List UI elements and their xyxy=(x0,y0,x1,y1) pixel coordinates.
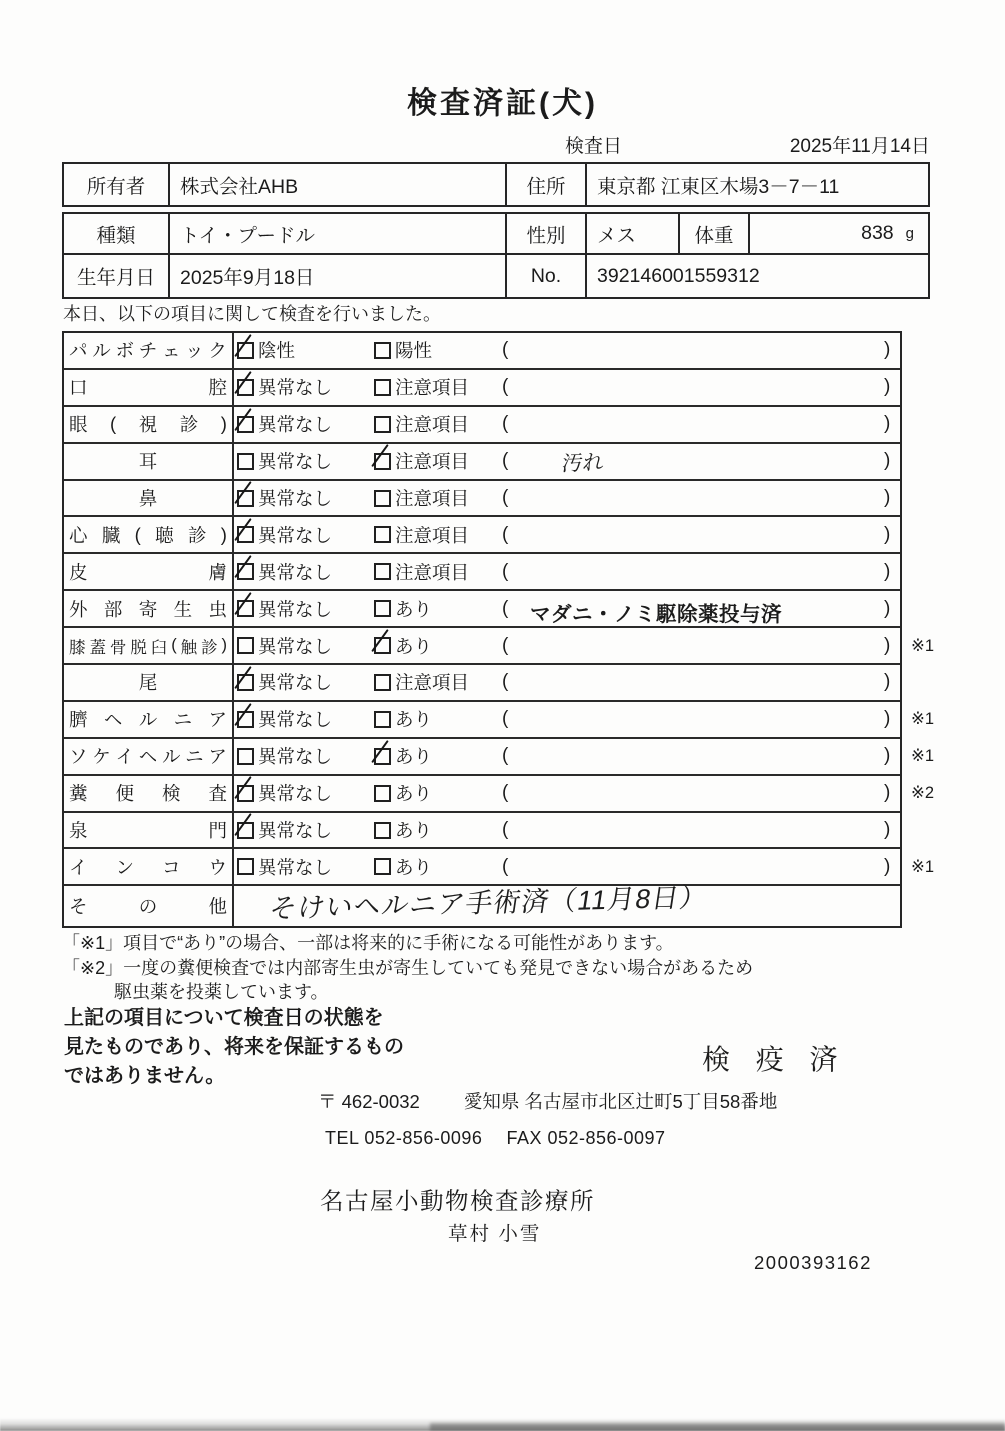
option-1: 異常なし xyxy=(237,444,332,479)
exam-row: 臍ヘルニア 異常なし あり ( ) ※1 xyxy=(64,702,900,739)
option-1-label: 異常なし xyxy=(258,817,332,843)
exam-row-label: 臍ヘルニア xyxy=(64,702,234,737)
exam-row: 泉門 異常なし あり ( ) xyxy=(64,813,900,850)
option-2: 注意項目 xyxy=(374,444,469,479)
footnote-mark: ※1 xyxy=(911,709,934,729)
disclaimer-line-2: 見たものであり、将来を保証するもの xyxy=(64,1033,404,1062)
option-2-label: 注意項目 xyxy=(395,669,469,695)
checkbox-icon xyxy=(374,785,391,802)
paren-open: ( xyxy=(502,782,508,804)
option-1: 異常なし xyxy=(237,554,332,589)
checkbox-icon xyxy=(374,600,391,617)
exam-row-label: 心臓(聴診) xyxy=(64,517,234,552)
exam-row-content: 異常なし あり ( ) xyxy=(234,702,900,737)
paren-close: ) xyxy=(884,635,890,657)
option-2-label: 注意項目 xyxy=(395,374,469,400)
option-2: あり xyxy=(374,776,432,811)
option-2-label: あり xyxy=(395,817,432,843)
option-2-label: 注意項目 xyxy=(395,448,469,474)
clinic-phone-line: TEL 052-856-0096 FAX 052-856-0097 xyxy=(325,1128,666,1149)
paren-open: ( xyxy=(502,745,508,767)
exam-row-label: その他 xyxy=(64,886,234,926)
paren-close: ) xyxy=(884,524,890,546)
owner-table: 所有者 株式会社AHB 住所 東京都 江東区木場3－7－11 xyxy=(62,162,930,207)
option-2-label: 注意項目 xyxy=(395,411,469,437)
breed-value: トイ・プードル xyxy=(170,214,507,253)
exam-row: 膝蓋骨脱臼(触診) 異常なし あり ( ) ※1 xyxy=(64,628,900,665)
breed-label: 種類 xyxy=(64,214,170,253)
disclaimer-line-1: 上記の項目について検査日の状態を xyxy=(64,1004,404,1033)
option-1-label: 異常なし xyxy=(258,596,332,622)
footnote-mark: ※1 xyxy=(911,857,934,877)
checkbox-icon xyxy=(237,490,254,507)
option-1: 異常なし xyxy=(237,813,332,848)
checkbox-icon xyxy=(237,342,254,359)
paren-close: ) xyxy=(884,450,890,472)
exam-row: 心臓(聴診) 異常なし 注意項目 ( ) xyxy=(64,517,900,554)
exam-row-content: 異常なし 注意項目 ( ) xyxy=(234,554,900,589)
paren-open: ( xyxy=(502,413,508,435)
paren-close: ) xyxy=(884,487,890,509)
animal-table: 種類 トイ・プードル 性別 メス 体重 838 g 生年月日 2025年9月18… xyxy=(62,212,930,299)
checkbox-icon xyxy=(237,637,254,654)
paren-close: ) xyxy=(884,819,890,841)
checkbox-icon xyxy=(237,674,254,691)
exam-row: ソケイヘルニア 異常なし あり ( ) ※1 xyxy=(64,739,900,776)
option-1-label: 異常なし xyxy=(258,411,332,437)
sex-value: メス xyxy=(587,214,680,253)
option-2-label: あり xyxy=(395,854,432,880)
option-1: 異常なし xyxy=(237,517,332,552)
checkbox-icon xyxy=(374,379,391,396)
exam-row: 鼻 異常なし 注意項目 ( ) xyxy=(64,481,900,518)
option-1: 異常なし xyxy=(237,628,332,663)
option-1-label: 異常なし xyxy=(258,559,332,585)
birthdate-label: 生年月日 xyxy=(64,255,170,297)
option-2-label: 注意項目 xyxy=(395,485,469,511)
option-1-label: 異常なし xyxy=(258,633,332,659)
checkbox-icon xyxy=(374,453,391,470)
quarantine-stamp: 検 疫 済 xyxy=(702,1038,847,1078)
option-2-label: あり xyxy=(395,706,432,732)
exam-row-label: 尾 xyxy=(64,665,234,700)
sex-label: 性別 xyxy=(507,214,587,253)
option-2-label: 注意項目 xyxy=(395,559,469,585)
checkbox-icon xyxy=(237,858,254,875)
option-2: あり xyxy=(374,813,432,848)
exam-table: パルボチェック 陰性 陽性 ( ) 口腔 異常なし xyxy=(62,331,902,928)
option-2: あり xyxy=(374,849,432,884)
checkbox-icon xyxy=(374,858,391,875)
owner-value: 株式会社AHB xyxy=(170,164,507,205)
exam-row-label: 外部寄生虫 xyxy=(64,591,234,626)
clinic-tel: TEL 052-856-0096 xyxy=(325,1128,482,1149)
option-1-label: 異常なし xyxy=(258,780,332,806)
paren-close: ) xyxy=(884,376,890,398)
exam-row-content: 異常なし 注意項目 ( ) xyxy=(234,517,900,552)
exam-row-content: 異常なし 注意項目 ( 汚れ ) xyxy=(234,444,900,479)
exam-row-label: 糞便検査 xyxy=(64,776,234,811)
paren-open: ( xyxy=(502,671,508,693)
paren-close: ) xyxy=(884,856,890,878)
clinic-postal-code: 〒 462-0032 xyxy=(318,1088,420,1114)
paren-close: ) xyxy=(884,745,890,767)
footnote-2-continued: 駆虫薬を投薬しています。 xyxy=(114,978,329,1004)
footnote-mark: ※1 xyxy=(911,746,934,766)
paren-open: ( xyxy=(502,561,508,583)
paren-close: ) xyxy=(884,598,890,620)
checkbox-icon xyxy=(237,600,254,617)
checkbox-icon xyxy=(374,563,391,580)
exam-row: 口腔 異常なし 注意項目 ( ) xyxy=(64,370,900,407)
option-1: 陰性 xyxy=(237,333,295,368)
checkbox-icon xyxy=(237,379,254,396)
paren-open: ( xyxy=(502,524,508,546)
address-label: 住所 xyxy=(507,164,587,205)
option-1-label: 異常なし xyxy=(258,374,332,400)
address-value: 東京都 江東区木場3－7－11 xyxy=(587,164,928,205)
checkbox-icon xyxy=(374,674,391,691)
checkbox-icon xyxy=(374,342,391,359)
owner-label: 所有者 xyxy=(64,164,170,205)
checkbox-icon xyxy=(237,711,254,728)
exam-row-label: 眼(視診) xyxy=(64,407,234,442)
option-2-label: あり xyxy=(395,743,432,769)
document-number: 2000393162 xyxy=(754,1252,872,1274)
number-label: No. xyxy=(507,255,587,297)
footnote-mark: ※2 xyxy=(911,783,934,803)
checkbox-icon xyxy=(374,526,391,543)
exam-row: 皮膚 異常なし 注意項目 ( ) xyxy=(64,554,900,591)
exam-row: 眼(視診) 異常なし 注意項目 ( ) xyxy=(64,407,900,444)
scan-edge-artifact xyxy=(430,1423,1005,1431)
checkbox-icon xyxy=(374,416,391,433)
footnote-mark: ※1 xyxy=(911,636,934,656)
exam-row-label: 皮膚 xyxy=(64,554,234,589)
option-1-label: 異常なし xyxy=(258,522,332,548)
exam-row-content: そけいヘルニア手術済（11月8日） xyxy=(234,886,900,926)
checkbox-icon xyxy=(374,637,391,654)
option-1: 異常なし xyxy=(237,370,332,405)
paren-close: ) xyxy=(884,339,890,361)
checkbox-icon xyxy=(237,453,254,470)
disclaimer-line-3: ではありません。 xyxy=(64,1062,404,1091)
document-title: 検査済証(犬) xyxy=(0,78,1005,122)
checkbox-icon xyxy=(237,822,254,839)
paren-open: ( xyxy=(502,339,508,361)
option-1: 異常なし xyxy=(237,665,332,700)
option-1: 異常なし xyxy=(237,702,332,737)
weight-value: 838 xyxy=(861,222,894,245)
disclaimer: 上記の項目について検査日の状態を 見たものであり、将来を保証するもの ではありま… xyxy=(64,1004,404,1091)
paren-annotation: マダニ・ノミ駆除薬投与済 xyxy=(530,597,782,627)
exam-row-content: 異常なし 注意項目 ( ) xyxy=(234,370,900,405)
clinic-address: 愛知県 名古屋市北区辻町5丁目58番地 xyxy=(464,1088,778,1114)
option-1: 異常なし xyxy=(237,591,332,626)
inspection-date-row: 検査日 2025年11月14日 xyxy=(565,131,930,158)
option-2-label: 陽性 xyxy=(395,337,432,363)
exam-row-label: 耳 xyxy=(64,444,234,479)
weight-unit: g xyxy=(906,225,914,242)
exam-row: 耳 異常なし 注意項目 ( 汚れ ) xyxy=(64,444,900,481)
option-2: 注意項目 xyxy=(374,407,469,442)
number-value: 392146001559312 xyxy=(587,255,928,297)
option-2: 注意項目 xyxy=(374,481,469,516)
option-2: 注意項目 xyxy=(374,370,469,405)
paren-open: ( xyxy=(502,450,508,472)
exam-row-label: インコウ xyxy=(64,849,234,884)
exam-row: パルボチェック 陰性 陽性 ( ) xyxy=(64,333,900,370)
paren-close: ) xyxy=(884,413,890,435)
certificate-page: 検査済証(犬) 検査日 2025年11月14日 所有者 株式会社AHB 住所 東… xyxy=(0,0,1005,1431)
exam-row-label: 鼻 xyxy=(64,481,234,516)
checkbox-icon xyxy=(374,490,391,507)
paren-close: ) xyxy=(884,708,890,730)
footnote-2: 「※2」一度の糞便検査では内部寄生虫が寄生していても発見できない場合があるため xyxy=(62,954,753,980)
checkbox-icon xyxy=(374,748,391,765)
weight-label: 体重 xyxy=(680,214,750,253)
animal-table-row-2: 生年月日 2025年9月18日 No. 392146001559312 xyxy=(64,255,928,297)
option-2-label: あり xyxy=(395,633,432,659)
checkbox-icon xyxy=(237,785,254,802)
option-2: 陽性 xyxy=(374,333,432,368)
option-1-label: 異常なし xyxy=(258,485,332,511)
option-2: 注意項目 xyxy=(374,665,469,700)
paren-close: ) xyxy=(884,782,890,804)
paren-open: ( xyxy=(502,856,508,878)
veterinarian-name: 草村 小雪 xyxy=(448,1218,541,1246)
checkbox-icon xyxy=(237,748,254,765)
paren-open: ( xyxy=(502,708,508,730)
option-2-label: あり xyxy=(395,780,432,806)
intro-text: 本日、以下の項目に関して検査を行いました。 xyxy=(63,300,441,326)
inspection-date-value: 2025年11月14日 xyxy=(790,131,930,158)
checkbox-icon xyxy=(374,822,391,839)
exam-row-content: 異常なし 注意項目 ( ) xyxy=(234,407,900,442)
checkbox-icon xyxy=(237,416,254,433)
exam-row-label: 口腔 xyxy=(64,370,234,405)
checkbox-icon xyxy=(374,711,391,728)
footnote-1: 「※1」項目で“あり”の場合、一部は将来的に手術になる可能性があります。 xyxy=(62,929,674,955)
option-1-label: 異常なし xyxy=(258,448,332,474)
exam-row-content: 異常なし あり ( ) xyxy=(234,739,900,774)
exam-row-label: 泉門 xyxy=(64,813,234,848)
option-2: 注意項目 xyxy=(374,554,469,589)
exam-row-content: 異常なし あり ( ) xyxy=(234,813,900,848)
exam-row-content: 異常なし 注意項目 ( ) xyxy=(234,481,900,516)
exam-row-label: パルボチェック xyxy=(64,333,234,368)
option-2: あり xyxy=(374,591,432,626)
option-2-label: 注意項目 xyxy=(395,522,469,548)
exam-row-label: ソケイヘルニア xyxy=(64,739,234,774)
inspection-date-label: 検査日 xyxy=(565,131,622,158)
option-2: あり xyxy=(374,702,432,737)
option-1: 異常なし xyxy=(237,407,332,442)
weight-value-cell: 838 g xyxy=(750,214,928,253)
option-2: あり xyxy=(374,739,432,774)
paren-open: ( xyxy=(502,819,508,841)
checkbox-icon xyxy=(237,563,254,580)
option-2-label: あり xyxy=(395,596,432,622)
option-1-label: 陰性 xyxy=(258,337,295,363)
exam-row-content: 陰性 陽性 ( ) xyxy=(234,333,900,368)
option-1: 異常なし xyxy=(237,776,332,811)
exam-row-content: 異常なし 注意項目 ( ) xyxy=(234,665,900,700)
option-2: あり xyxy=(374,628,432,663)
paren-open: ( xyxy=(502,376,508,398)
birthdate-value: 2025年9月18日 xyxy=(170,255,507,297)
clinic-fax: FAX 052-856-0097 xyxy=(506,1128,665,1149)
exam-row-label: 膝蓋骨脱臼(触診) xyxy=(64,628,234,663)
exam-row-content: 異常なし あり ( マダニ・ノミ駆除薬投与済 ) xyxy=(234,591,900,626)
paren-open: ( xyxy=(502,635,508,657)
paren-close: ) xyxy=(884,561,890,583)
clinic-address-line: 〒 462-0032 愛知県 名古屋市北区辻町5丁目58番地 xyxy=(318,1088,777,1114)
exam-row: 糞便検査 異常なし あり ( ) ※2 xyxy=(64,776,900,813)
checkbox-icon xyxy=(237,526,254,543)
animal-table-row-1: 種類 トイ・プードル 性別 メス 体重 838 g xyxy=(64,214,928,255)
option-1: 異常なし xyxy=(237,739,332,774)
option-2: 注意項目 xyxy=(374,517,469,552)
clinic-name: 名古屋小動物検査診療所 xyxy=(320,1182,595,1216)
paren-open: ( xyxy=(502,487,508,509)
exam-row-content: 異常なし あり ( ) xyxy=(234,776,900,811)
option-1-label: 異常なし xyxy=(258,854,332,880)
exam-row: 外部寄生虫 異常なし あり ( マダニ・ノミ駆除薬投与済 ) xyxy=(64,591,900,628)
exam-row: 尾 異常なし 注意項目 ( ) xyxy=(64,665,900,702)
paren-annotation: 汚れ xyxy=(560,446,606,478)
exam-row: その他 そけいヘルニア手術済（11月8日） xyxy=(64,886,900,926)
exam-row-content: 異常なし あり ( ) xyxy=(234,628,900,663)
option-1-label: 異常なし xyxy=(258,669,332,695)
option-1: 異常なし xyxy=(237,849,332,884)
option-1: 異常なし xyxy=(237,481,332,516)
option-1-label: 異常なし xyxy=(258,706,332,732)
option-1-label: 異常なし xyxy=(258,743,332,769)
paren-open: ( xyxy=(502,598,508,620)
paren-close: ) xyxy=(884,671,890,693)
